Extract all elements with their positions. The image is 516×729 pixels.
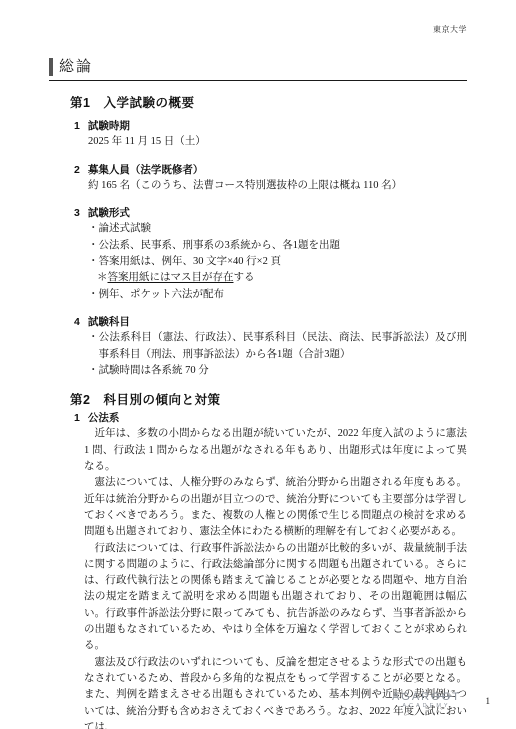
item-exam-format: 3 試験形式 ・論述式試験 ・公法系、民事系、刑事系の3系統から、各1題を出題 … <box>74 205 467 303</box>
document-body: 第1 入学試験の概要 1 試験時期 2025 年 11 月 15 日（土） 2 … <box>70 96 467 729</box>
section-2-heading: 第2 科目別の傾向と対策 <box>70 393 467 408</box>
item-public-law-head: 1 公法系 <box>74 410 467 426</box>
exam-format-list: ・論述式試験 ・公法系、民事系、刑事系の3系統から、各1題を出題 ・答案用紙は、… <box>88 221 467 302</box>
item-number: 2 <box>74 162 80 178</box>
logo-text-pre: AGAR <box>392 691 431 703</box>
agaroot-logo: AGAROOT ACADEMY <box>392 692 461 710</box>
doc-title: 総論 <box>59 58 93 76</box>
doc-title-block: 総論 <box>49 58 467 81</box>
item-number: 1 <box>74 118 80 134</box>
item-exam-period: 1 試験時期 2025 年 11 月 15 日（土） <box>74 118 467 151</box>
page-number: 1 <box>486 696 491 706</box>
header-university-label: 東京大学 <box>433 24 467 35</box>
answer-sheet-note: ＊答案用紙にはマス目が存在する <box>97 270 467 286</box>
section-1-heading: 第1 入学試験の概要 <box>70 96 467 111</box>
list-item: ・公法系科目（憲法、行政法）、民事系科目（民法、商法、民事訴訟法）及び刑事系科目… <box>88 330 467 363</box>
exam-date-text: 2025 年 11 月 15 日（土） <box>88 134 467 150</box>
item-exam-format-head: 3 試験形式 <box>74 205 467 221</box>
list-item: ・公法系、民事系、刑事系の3系統から、各1題を出題 <box>88 238 467 254</box>
list-item: ・答案用紙は、例年、30 文字×40 行×2 頁 <box>88 254 467 270</box>
list-item: ・例年、ポケット六法が配布 <box>88 287 467 303</box>
item-enrollment: 2 募集人員（法学既修者） 約 165 名（このうち、法曹コース特別選抜枠の上限… <box>74 162 467 195</box>
item-label: 公法系 <box>88 410 120 426</box>
item-enrollment-head: 2 募集人員（法学既修者） <box>74 162 467 178</box>
logo-text-post: T <box>452 691 461 703</box>
item-label: 試験形式 <box>88 205 130 221</box>
logo-text-strike: OO <box>431 691 452 703</box>
agaroot-logo-academy: ACADEMY <box>392 703 461 710</box>
item-public-law: 1 公法系 <box>74 410 467 426</box>
item-label: 試験時期 <box>88 118 130 134</box>
paragraph-3: 行政法については、行政事件訴訟法からの出題が比較的多いが、裁量統制手法に関する問… <box>84 541 467 655</box>
public-law-analysis: 近年は、多数の小問からなる出題が続いていたが、2022 年度入試のように憲法 1… <box>84 426 467 729</box>
title-accent-bar <box>49 58 53 76</box>
document-page: 東京大学 総論 第1 入学試験の概要 1 試験時期 2025 年 11 月 15… <box>0 0 516 729</box>
paragraph-1: 近年は、多数の小問からなる出題が続いていたが、2022 年度入試のように憲法 1… <box>84 426 467 475</box>
exam-subjects-list: ・公法系科目（憲法、行政法）、民事系科目（民法、商法、民事訴訟法）及び刑事系科目… <box>88 330 467 379</box>
paragraph-2: 憲法については、人権分野のみならず、統治分野から出題される年度もある。近年は統治… <box>84 475 467 540</box>
agaroot-logo-wordmark: AGAROOT <box>392 692 461 703</box>
item-exam-subjects: 4 試験科目 ・公法系科目（憲法、行政法）、民事系科目（民法、商法、民事訴訟法）… <box>74 314 467 379</box>
note-suffix: する <box>234 272 255 283</box>
list-item: ・試験時間は各系統 70 分 <box>88 363 467 379</box>
item-exam-subjects-head: 4 試験科目 <box>74 314 467 330</box>
item-label: 試験科目 <box>88 314 130 330</box>
list-item: ・論述式試験 <box>88 221 467 237</box>
item-label: 募集人員（法学既修者） <box>88 162 204 178</box>
item-number: 3 <box>74 205 80 221</box>
item-exam-period-head: 1 試験時期 <box>74 118 467 134</box>
item-number: 1 <box>74 410 80 426</box>
item-number: 4 <box>74 314 80 330</box>
note-underlined-text: 答案用紙にはマス目が存在 <box>108 272 234 283</box>
enrollment-text: 約 165 名（このうち、法曹コース特別選抜枠の上限は概ね 110 名） <box>88 178 467 194</box>
note-asterisk: ＊ <box>97 272 108 283</box>
